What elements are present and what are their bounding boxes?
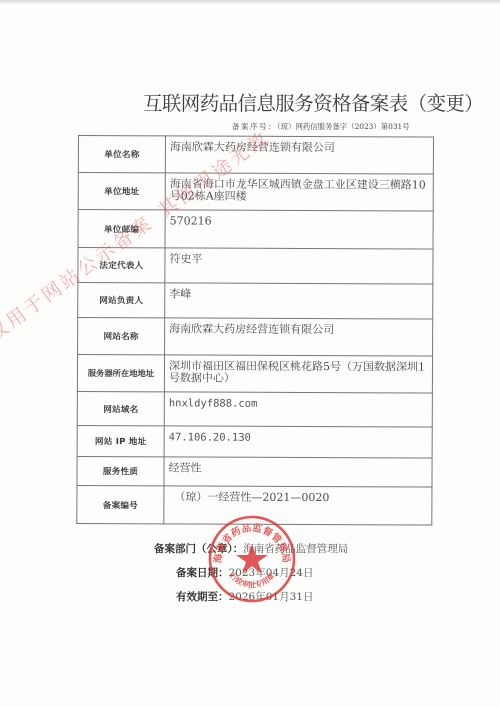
serial-value: （琼）网药信服务备字（2023）第031号 xyxy=(277,122,410,131)
serial-number: 备案序号：（琼）网药信服务备字（2023）第031号 xyxy=(232,121,410,132)
date-value: 2023年04月24日 xyxy=(229,567,314,579)
serial-label: 备案序号： xyxy=(232,122,277,131)
field-label: 服务性质 xyxy=(77,456,164,485)
field-value: hnxldyf888.com xyxy=(164,392,432,427)
field-label: 网站 IP 地址 xyxy=(77,425,164,456)
field-label: 单位地址 xyxy=(78,173,165,210)
field-value: 海南省海口市龙华区城西镇金盘工业区建设三横路10号02栋A座四楼 xyxy=(165,173,433,211)
field-value: 570216 xyxy=(165,210,433,249)
table-row: 法定代表人 符史平 xyxy=(78,248,433,285)
field-label: 网站名称 xyxy=(78,318,165,355)
field-label: 法定代表人 xyxy=(78,248,165,283)
record-table: 单位名称 海南欣霖大药房经营连锁有限公司 单位地址 海南省海口市龙华区城西镇金盘… xyxy=(76,135,434,526)
table-row: 网站负责人 李峰 xyxy=(78,283,433,320)
field-label: 网站域名 xyxy=(77,391,164,425)
table-row: 服务器所在地地址 深圳市福田区福田保税区桃花路5号（万国数据深圳1号数据中心） xyxy=(77,355,432,394)
field-label: 网站负责人 xyxy=(78,283,165,318)
valid-until: 有效期至：2026年01月31日 xyxy=(176,589,313,604)
field-value: 海南欣霖大药房经营连锁有限公司 xyxy=(165,136,433,174)
field-value: 符史平 xyxy=(165,248,433,284)
field-label: 单位邮编 xyxy=(78,210,165,248)
table-row: 单位邮编 570216 xyxy=(78,210,433,250)
table-row: 备案编号 （琼）一经营性—2021—0020 xyxy=(77,485,432,525)
table-row: 网站名称 海南欣霖大药房经营连锁有限公司 xyxy=(78,318,433,357)
field-value: （琼）一经营性—2021—0020 xyxy=(164,486,432,525)
field-value: 47.106.20.130 xyxy=(164,426,432,458)
field-value: 李峰 xyxy=(165,283,433,319)
valid-label: 有效期至： xyxy=(176,591,229,603)
field-label: 服务器所在地地址 xyxy=(77,355,164,392)
field-label: 单位名称 xyxy=(78,136,165,173)
filing-date: 备案日期：2023年04月24日 xyxy=(176,565,313,580)
valid-value: 2026年01月31日 xyxy=(229,591,314,603)
field-value: 经营性 xyxy=(164,457,432,487)
field-label: 备案编号 xyxy=(77,485,164,523)
table-row: 服务性质 经营性 xyxy=(77,456,432,487)
department-value: 海南省药品监督管理局 xyxy=(243,543,348,555)
table-row: 单位名称 海南欣霖大药房经营连锁有限公司 xyxy=(78,136,433,175)
department-label: 备案部门（公章）： xyxy=(154,543,243,555)
document-title: 互联网药品信息服务资格备案表（变更） xyxy=(143,88,463,116)
field-value: 海南欣霖大药房经营连锁有限公司 xyxy=(165,318,433,356)
table-row: 网站 IP 地址 47.106.20.130 xyxy=(77,425,432,458)
field-value: 深圳市福田区福田保税区桃花路5号（万国数据深圳1号数据中心） xyxy=(164,355,432,393)
table-row: 单位地址 海南省海口市龙华区城西镇金盘工业区建设三横路10号02栋A座四楼 xyxy=(78,173,433,212)
table-row: 网站域名 hnxldyf888.com xyxy=(77,391,432,427)
filing-department: 备案部门（公章）：海南省药品监督管理局 xyxy=(154,541,348,556)
date-label: 备案日期： xyxy=(176,567,229,579)
scan-top-edge xyxy=(0,0,500,5)
